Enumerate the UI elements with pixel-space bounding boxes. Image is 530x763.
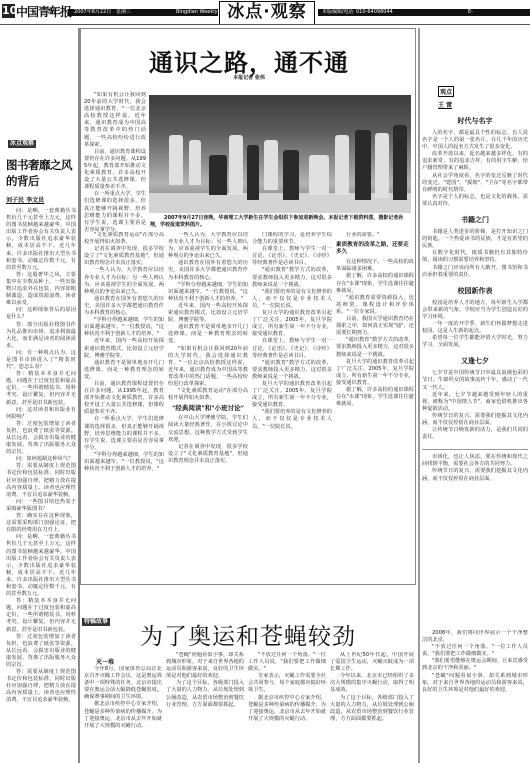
main-article-col3: 门课程的学习，是培养学生综合能力的重要环节。 在课堂上，教师与学生一对一讨论，《… — [252, 232, 332, 582]
bottom-article-title: 为了奥运和苍蝇较劲 — [140, 618, 430, 651]
paragraph: 答：精装本本身并无问题，问题在于过度包装和虚高定价。一些所谓精装书，用料考究、设… — [6, 598, 76, 633]
paper-logo: 中国青年报 — [16, 3, 71, 20]
paragraph: "苍蝇"问题看似小事，却关系到城市形象。对于来自世界各地的运动员和游客来说，良好… — [422, 673, 528, 694]
header-english-name: Bingdian Weekly — [176, 9, 218, 16]
main-article-subhead: "经典阅读"和"小班讨论" — [168, 405, 248, 412]
section-title: 冰点·观察 — [219, 1, 315, 25]
paragraph: 复旦大学的通识教育改革引起了广泛关注。2005年，复旦学院成立，所有新生第一年不… — [252, 381, 332, 409]
paragraph: 据了解，许多高校的通识课程存在"水课"现象，学生选课往往避难就易。 — [336, 387, 414, 408]
newspaper-page: 10 中国青年报 //// 2007年8月22日 星期三 Bingdian We… — [0, 0, 530, 763]
paragraph: 在中山大学博雅学院，学生们阅读大量经典著作，在小班讨论中交流思想。这种教学方式受… — [168, 415, 248, 443]
paragraph: 在一所重点大学，学生们选修课的选择很多，但真正能够开阔视野、培养思维能力的课程并… — [84, 416, 164, 451]
photo-figure — [229, 135, 243, 195]
news-photo-students-outdoor-crowd — [149, 95, 411, 213]
paragraph: 让传统节日焕发新的活力，是我们共同的责任。 — [422, 427, 528, 441]
photo-figure — [309, 155, 329, 195]
left-article: 冰点观察 图书奢靡之风的背后 刘子民 李文员 问：是啊，一套典籍丛书售价几千元甚… — [2, 28, 78, 763]
photo-figure — [264, 140, 278, 190]
left-article-byline: 刘子民 李文员 — [6, 195, 78, 204]
paragraph: 七夕节是中国传统节日中最具浪漫色彩的节日。牛郎织女的故事流传千年，感动了一代又一… — [422, 370, 528, 391]
paragraph: 在这种情况下，一些高校的改革面临诸多困难。 — [336, 259, 414, 273]
paragraph: "如果有机会让我回到20年前的大学时代，我会选择通识教育。"一位北京高校教授这样… — [168, 346, 248, 389]
header-info-bar-right: 本版编辑/电话 010-64098044 E-mail@bingdian.cyo… — [318, 9, 530, 16]
paragraph: 问：这对读者和出版业有何影响？ — [6, 407, 76, 421]
photo-figure — [393, 125, 407, 200]
paragraph: 复旦大学的通识教育改革引起了广泛关注。2005年，复旦学院成立，所有新生第一年不… — [252, 310, 332, 338]
main-article-col1-top: "如果有机会让我回到20年前的大学时代，我会选择通识教育。"一位北京高校教授这样… — [84, 92, 146, 232]
paragraph: 据北京市疾控中心专家介绍，苍蝇是多种传染病的传播媒介。为了迎接奥运，北京市从去年… — [84, 701, 162, 729]
header-info-bar-left: 2007年8月22日 星期三 Bingdian Weekly — [68, 9, 218, 16]
paragraph: "通识教育需要资源投入，包括师资、课程设计和评价体系。"一位专家说。 — [336, 295, 414, 316]
paragraph: 校园是培养人才的地方，每年新生入学都会带来新的气象。学校应当为学生创造良好的学习… — [422, 300, 528, 321]
paragraph: 答：过度包装增加了读者负担，也浪费了纸张等资源。从长远看，会损害出版业的健康发展… — [6, 421, 76, 456]
right-column-bottom-text: 市场化，也让人焦虑。要在传统和现代之间找到平衡，需要社会各方的共同努力。 传统节… — [422, 449, 528, 482]
paragraph: 近年来，七夕节越来越受到年轻人的重视，被称为"中国情人节"。商家也借机推出各种促… — [422, 392, 528, 413]
section-title-campus: 校园新作表 — [422, 286, 528, 296]
paragraph: 传统节日的复兴，需要我们挖掘其文化内涵，而不仅仅停留在商业层面。 — [422, 468, 528, 482]
section-body: 人的名字，都是最具个性的标志。有人说名字是一个人的第一张名片。在几千年的历史中，… — [422, 130, 528, 208]
paragraph: 书籍之门应该向所有人敞开，图书馆和书店承担着重要的责任。 — [422, 265, 528, 279]
paragraph: "文化素质教育运动"在部分高校开展得如火如荼。 — [168, 388, 248, 402]
photo-figure — [247, 145, 259, 200]
section-title-qixi: 又逢七夕 — [422, 356, 528, 366]
paragraph: "我们希望能够在奥运会期间，让来宾感受到北京的干净和美丽。" — [422, 658, 528, 672]
header-weekday: 星期三 — [116, 9, 131, 16]
paragraph: 一些人认为，大学教育应以培养专业人才为目标；另一些人则认为，应该重视学生的全面发… — [84, 267, 164, 295]
paragraph: 目前，通识教育课程设置仍存在许多问题。从1995年起，教育部开始推动文化素质教育… — [84, 381, 164, 416]
section-title-book-gate: 书籍之门 — [422, 215, 528, 225]
paragraph: "学科分得越来越细，学生的知识面越来越窄。"一位教授说，"这种状况不利于创新人才… — [84, 317, 164, 338]
paragraph: 近年来，国内一些高校开始探索通识教育模式，比如设立元培学院、博雅学院等。 — [168, 303, 248, 324]
main-article-col4: 行业的需要。" 素质教育的改革之路，还要走多久 在这种情况下，一些高校的改革面临… — [336, 232, 414, 582]
page-header: 10 中国青年报 //// 2007年8月22日 星期三 Bingdian We… — [0, 0, 530, 26]
paragraph: 问：这种现象背后的原因是什么？ — [6, 307, 76, 321]
paragraph: 名字是个人的标志，也是文化的载体，需要认真对待。 — [422, 194, 528, 208]
paragraph: 问：一些图书馆也热衷于采购豪华版图书？ — [6, 499, 76, 513]
paragraph: 通识教育不是简单地多开几门选修课，而是一种教育理念的转变。 — [168, 324, 248, 345]
paragraph: 目前，我国大学通识教育仍在探索之中，如何真正实现"通"，还需要长期努力。 — [336, 316, 414, 337]
header-rule — [0, 24, 530, 25]
paragraph: 改革开放以来，起名越来越多样化，有的追求新奇，有的追求吉祥，有的用字生僻，给户籍… — [422, 151, 528, 172]
paragraph: 传统节日的复兴，需要我们挖掘其文化内涵，而不仅仅停留在商业层面。 — [422, 413, 528, 427]
paragraph: 在数字化时代，纸质书籍仍有其独特价值，阅读的习惯需要培养和坚持。 — [422, 250, 528, 264]
right-column-author: 王 雷 — [438, 100, 528, 109]
paragraph: "学科分得越来越细，学生的知识面越来越窄。"一位教授说，"这种状况不利于创新人才… — [168, 282, 248, 303]
paragraph: 书籍是人类进步的阶梯，是打开知识之门的钥匙。一个热爱读书的民族，才是有希望的民族… — [422, 229, 528, 250]
bottom-article-col4: 从上世纪50年代起，中国开展了爱国卫生运动，灭蝇灭蚊成为一项长期工作。 今年以来… — [330, 652, 414, 763]
paragraph: 问：是啊，一套典籍丛书售价几千元甚至上万元，这样的图书装帧越来越豪华。中国出版工… — [6, 534, 76, 598]
bottom-article-col5: 2008年，我们将向世界展示一个干净整洁的北京。 "不放过任何一个角落。"一位工… — [422, 630, 528, 763]
header-phone: 010-64098044 — [356, 9, 393, 16]
paragraph: 记者在调查中发现，很多学校设立了"文化素质教育基地"，但通识教育理念并未真正落实… — [84, 246, 164, 267]
header-slashes: //// — [48, 6, 56, 15]
photo-ground — [149, 193, 411, 213]
paragraph: 问：有一种观点认为，这是图书市场进入了"精装时代"。您怎么看？ — [6, 350, 76, 371]
photo-figure — [189, 140, 201, 185]
paragraph: 在课堂上，教师与学生一对一讨论，《论语》、《史记》、《诗经》等经典著作是必读书目… — [252, 338, 332, 359]
photo-figure — [335, 135, 349, 195]
section-body: 七夕节是中国传统节日中最具浪漫色彩的节日。牛郎织女的故事流传千年，感动了一代又一… — [422, 370, 528, 441]
paragraph: 希望每一位学生都能珍惜大学时光，努力学习，全面发展。 — [422, 335, 528, 349]
header-date: 2007年8月22日 — [74, 9, 111, 16]
paragraph: 答：部分出版社将图书作为礼品推向市场，追求利润最大化，而非满足读者的阅读需求。 — [6, 322, 76, 350]
paragraph: "学科分得越来越细，学生的知识面越来越窄。"一位教授说，"这种状况不利于创新人才… — [84, 452, 164, 473]
paragraph: 2008年，我们将向世界展示一个干净整洁的北京。 — [422, 630, 528, 644]
section-body: 校园是培养人才的地方，每年新生入学都会带来新的气象。学校应当为学生创造良好的学习… — [422, 300, 528, 350]
paragraph: 答：需要从制度上规范图书定价和包装标准，同时出版社应加强自律，把精力放在提高内容… — [6, 669, 76, 704]
right-column-tag: 观点 — [438, 86, 454, 97]
paragraph: 复旦大学的通识教育改革引起了广泛关注。2005年，复旦学院成立，所有新生第一年不… — [336, 359, 414, 387]
photo-figure — [169, 135, 183, 185]
photo-figure — [355, 130, 371, 200]
paragraph: 在一所重点大学，学生们选修课的选择很多，但真正能够开阔视野、培养思维能力的课程并… — [84, 191, 146, 232]
paragraph: 人的名字，都是最具个性的标志。有人说名字是一个人的第一张名片。在几千年的历史中，… — [422, 130, 528, 151]
paragraph: 通识教育在国外有着悠久的历史，美国许多大学都把通识教育作为本科教育的核心。 — [168, 260, 248, 281]
paragraph: 市场化，也让人焦虑。要在传统和现代之间找到平衡，需要社会各方的共同努力。 — [422, 454, 528, 468]
paragraph: 通识教育不是简单地多开几门选修课，而是一种教育理念的转变。 — [84, 360, 164, 381]
left-article-tag: 冰点观察 — [8, 140, 36, 148]
paragraph: 行业的需要。" — [336, 232, 414, 239]
section-title-era-and-names: 时代与名字 — [422, 116, 528, 126]
bottom-article-col2: "苍蝇"问题看似小事，却关系到城市形象。对于来自世界各地的运动员和游客来说，良好… — [166, 652, 244, 763]
paragraph: 答：过度包装增加了读者负担，也浪费了纸张等资源。从长远看，会损害出版业的健康发展… — [6, 634, 76, 669]
paragraph: 一年一度的开学季，新生们怀揣梦想走进校园。这是人生新的起点。 — [422, 321, 528, 335]
right-column-opinion: 观点 王 雷 时代与名字 人的名字，都是最具个性的标志。有人说名字是一个人的第一… — [422, 28, 528, 483]
paragraph: "我们要培养的是有文化修养的人，而不仅仅是专业技术人员。"一位院长说。 — [252, 409, 332, 430]
paragraph: 门课程的学习，是培养学生综合能力的重要环节。 — [252, 232, 332, 246]
paragraph: "如果有机会让我回到20年前的大学时代，我会选择通识教育。"一位北京高校教授这样… — [84, 92, 146, 149]
main-article-col2: 一些人认为，大学教育应以培养专业人才为目标；另一些人则认为，应该重视学生的全面发… — [168, 232, 248, 582]
photo-figure — [209, 155, 227, 195]
left-article-title: 图书奢靡之风的背后 — [6, 157, 78, 189]
left-article-body: 问：是啊，一套典籍丛书售价几千元甚至上万元，这样的图书装帧越来越豪华。中国出版工… — [2, 208, 78, 705]
photo-figure — [283, 150, 299, 200]
paragraph: "我们要培养的是有文化修养的人，而不仅仅是专业技术人员。"一位院长说。 — [252, 289, 332, 310]
paragraph: "通识教育"教学方式的改革，要求教师投入更多精力，这对很多教师来说是一个挑战。 — [252, 267, 332, 288]
bottom-article-subhead: 灭一堆 — [96, 657, 114, 666]
page-number: 10 — [2, 4, 15, 18]
paragraph: 今年8月，国家体育总局在北京召开灭蝇工作会议，这是奥运筹备中一项特殊的任务。北京… — [84, 666, 162, 701]
paragraph: 据北京市疾控中心专家介绍，苍蝇是多种传染病的传播媒介。为了迎接奥运，北京市从去年… — [248, 695, 326, 723]
paragraph: 在课堂上，教师与学生一对一讨论，《论语》、《史记》、《诗经》等经典著作是必读书目… — [252, 246, 332, 267]
paragraph: 一些人认为，大学教育应以培养专业人才为目标；另一些人则认为，应该重视学生的全面发… — [168, 232, 248, 260]
header-editor-info: 本版编辑/电话 — [322, 9, 354, 16]
paragraph: 问：是啊，一套典籍丛书售价几千元甚至上万元，这样的图书装帧越来越豪华。中国出版工… — [6, 208, 76, 272]
paragraph: 近年来，国内一些高校开始探索通识教育模式，比如设立元培学院、博雅学院等。 — [84, 338, 164, 359]
paragraph: "文化素质教育运动"在部分高校开展得如火如荼。 — [84, 232, 164, 246]
bottom-article-tag: 特稿故事 — [82, 618, 110, 626]
photo-figure — [375, 133, 389, 198]
column-divider — [418, 28, 420, 763]
paragraph: "不放过任何一个角落。"一位工作人员说，"我们要把工作做细做实。" — [248, 652, 326, 673]
main-article-subhead-col4: 素质教育的改革之路，还要走多久 — [336, 242, 414, 256]
paragraph: 记者在调查中发现，很多学校设立了"文化素质教育基地"，但通识教育理念并未真正落实… — [168, 444, 248, 465]
paragraph: 从社会学角度看，名字的变迁反映了时代的变迁。"建国"、"援朝"、"卫东"等名字都… — [422, 173, 528, 194]
bottom-article-col3: "不放过任何一个角落。"一位工作人员说，"我们要把工作做细做实。" 专家表示，灭… — [248, 652, 326, 763]
paragraph: 专家表示，灭蝇工作需要全社会共同参与，每个家庭都应搞好环境卫生。 — [248, 673, 326, 694]
paragraph: 答：需要从制度上规范图书定价和包装标准，同时出版社应加强自律，把精力放在提高内容… — [6, 463, 76, 498]
main-article-byline: 本报记者 张伟 — [81, 74, 417, 81]
main-article-col1: "文化素质教育运动"在部分高校开展得如火如荼。 记者在调查中发现，很多学校设立了… — [84, 232, 164, 582]
paragraph: 今年以来，北京市已经组织了多次大规模的集中灭蝇行动，取得了明显成效。 — [330, 673, 414, 694]
paragraph: 为了这个目标，各级部门投入了大量的人力物力，从垃圾处理到公厕改造，从农贸市场整治… — [166, 680, 244, 708]
paragraph: 据了解，许多高校的通识课程存在"水课"现象，学生选课往往避难就易。 — [336, 273, 414, 294]
paragraph: 从上世纪50年代起，中国开展了爱国卫生运动，灭蝇灭蚊成为一项长期工作。 — [330, 652, 414, 673]
paragraph: 答：精装本本身并无问题，问题在于过度包装和虚高定价。一些所谓精装书，用料考究、设… — [6, 371, 76, 406]
paragraph: "通识教育"教学方式的改革，要求教师投入更多精力，这对很多教师来说是一个挑战。 — [252, 360, 332, 381]
paragraph: 通识教育在国外有着悠久的历史，美国许多大学都把通识教育作为本科教育的核心。 — [84, 296, 164, 317]
section-body: 书籍是人类进步的阶梯，是打开知识之门的钥匙。一个热爱读书的民族，才是有希望的民族… — [422, 229, 528, 279]
paragraph: 答：确实存在这种现象，这需要采购部门加强论证，把有限的经费用在刀刃上。 — [6, 513, 76, 534]
header-email: E-mail@bingdian.cyol.com — [468, 9, 530, 23]
paragraph: 为了这个目标，各级部门投入了大量的人力物力，从垃圾处理到公厕改造，从农贸市场整治… — [330, 695, 414, 723]
paragraph: 目前，通识教育课程设置仍存在许多问题。从1995年起，教育部开始推动文化素质教育… — [84, 149, 146, 192]
paragraph: 答：这股奢华之风，主要集中在少数品种上。一些出版物只追求外在包装，内容却粗制滥造… — [6, 272, 76, 307]
main-article-title: 通识之路，通不通 — [81, 43, 417, 78]
paragraph: "不放过任何一个角落。"一位工作人员说，"我们要把工作做细做实。" — [422, 644, 528, 658]
paragraph: "苍蝇"问题看似小事，却关系到城市形象。对于来自世界各地的运动员和游客来说，良好… — [166, 652, 244, 680]
photo-caption: 2007年9月27日夜晚，华南理工大学新生在学生会组织下参加迎新晚会。本报记者下… — [150, 215, 412, 229]
paragraph: "通识教育"教学方式的改革，要求教师投入更多精力，这对很多教师来说是一个挑战。 — [336, 337, 414, 358]
bottom-article-tag-wrap: 特稿故事 — [82, 608, 110, 627]
bottom-article-col1: 今年8月，国家体育总局在北京召开灭蝇工作会议，这是奥运筹备中一项特殊的任务。北京… — [84, 666, 162, 763]
